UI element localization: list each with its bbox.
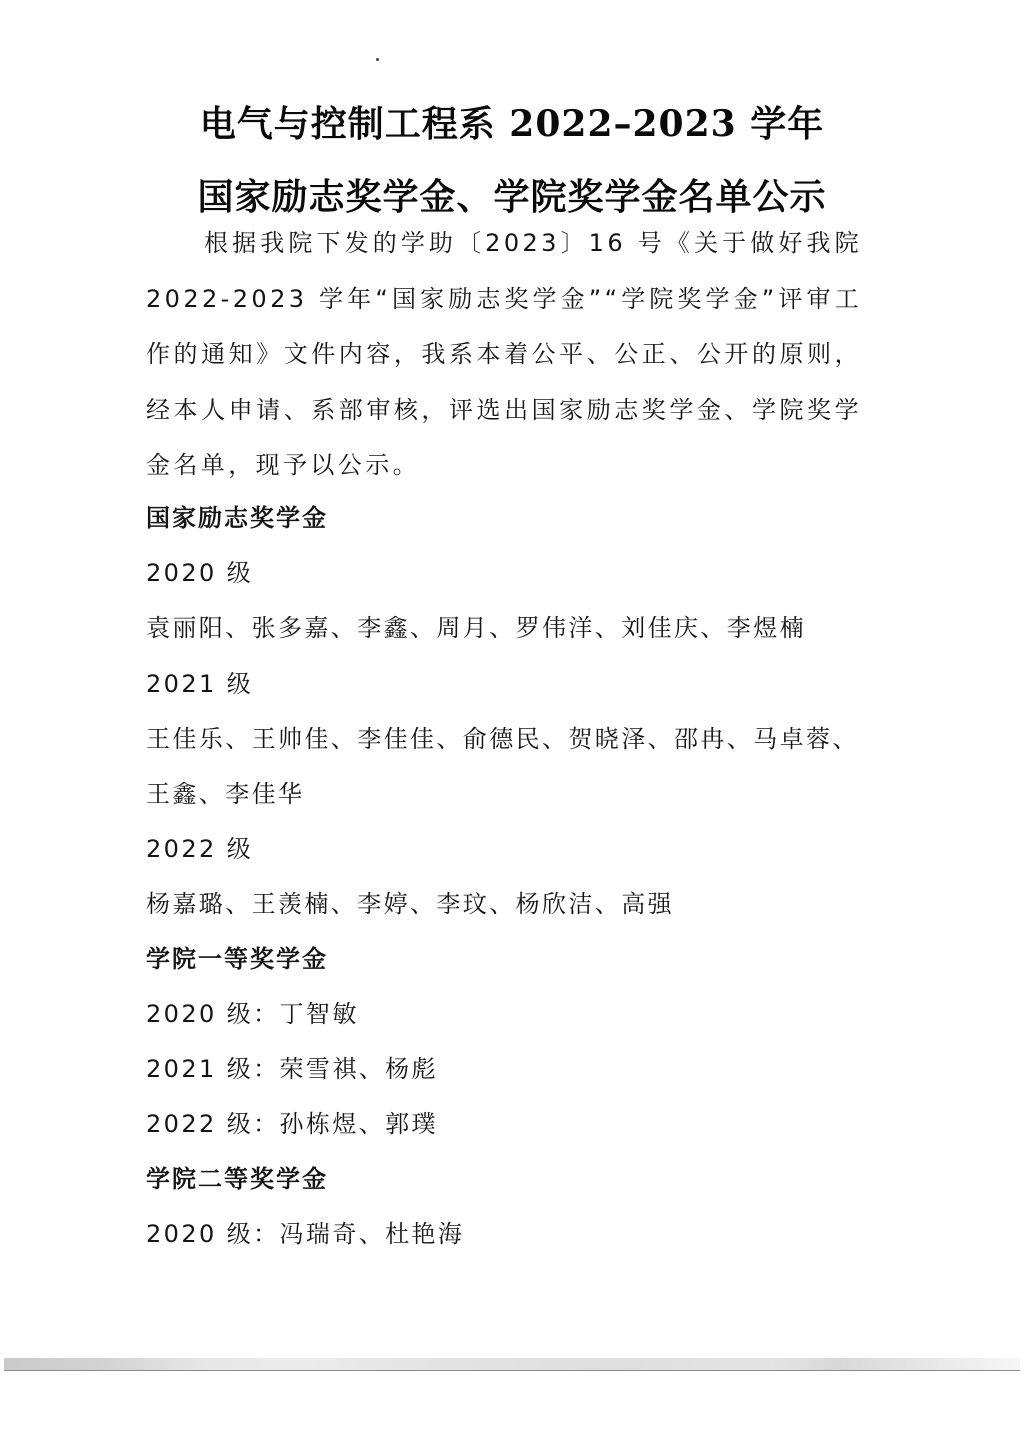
document-title-line-2: 国家励志奖学金、学院奖学金名单公示 <box>0 175 1024 219</box>
names-list: 孙栋煜、郭璞 <box>280 1110 438 1138</box>
names-list-2020: 袁丽阳、张多嘉、李鑫、周月、罗伟洋、刘佳庆、李煜楠 <box>146 613 806 643</box>
scan-edge-line <box>4 1370 1020 1371</box>
names-list: 冯瑞奇、杜艳海 <box>280 1220 465 1248</box>
first-class-2020-row: 2020 级：丁智敏 <box>146 999 359 1029</box>
names-list-2022: 杨嘉璐、王羡楠、李婷、李玟、杨欣洁、高强 <box>146 889 674 919</box>
document-title-line-1: 电气与控制工程系 2022–2023 学年 <box>0 102 1024 146</box>
scan-speck <box>376 58 379 61</box>
names-list-2021-line-1: 王佳乐、王帅佳、李佳佳、俞德民、贺晓泽、邵冉、马卓蓉、 <box>146 724 859 754</box>
names-list: 荣雪祺、杨彪 <box>280 1055 438 1083</box>
grade-label-2021: 2021 级 <box>146 669 253 699</box>
grade-label: 2022 级： <box>146 1110 280 1138</box>
intro-paragraph: 根据我院下发的学助〔2023〕16 号《关于做好我院 2022-2023 学年“… <box>146 216 862 494</box>
section-heading-first-class-scholarship: 学院一等奖学金 <box>146 944 328 974</box>
grade-label: 2021 级： <box>146 1055 280 1083</box>
grade-label-2022: 2022 级 <box>146 834 253 864</box>
grade-label-2020: 2020 级 <box>146 558 253 588</box>
grade-label: 2020 级： <box>146 1000 280 1028</box>
scan-edge-shadow <box>4 1358 1020 1370</box>
section-heading-second-class-scholarship: 学院二等奖学金 <box>146 1164 328 1194</box>
first-class-2022-row: 2022 级：孙栋煜、郭璞 <box>146 1109 438 1139</box>
second-class-2020-row: 2020 级：冯瑞奇、杜艳海 <box>146 1219 464 1249</box>
first-class-2021-row: 2021 级：荣雪祺、杨彪 <box>146 1054 438 1084</box>
names-list: 丁智敏 <box>280 1000 359 1028</box>
grade-label: 2020 级： <box>146 1220 280 1248</box>
names-list-2021-line-2: 王鑫、李佳华 <box>146 779 304 809</box>
section-heading-national-scholarship: 国家励志奖学金 <box>146 503 328 533</box>
